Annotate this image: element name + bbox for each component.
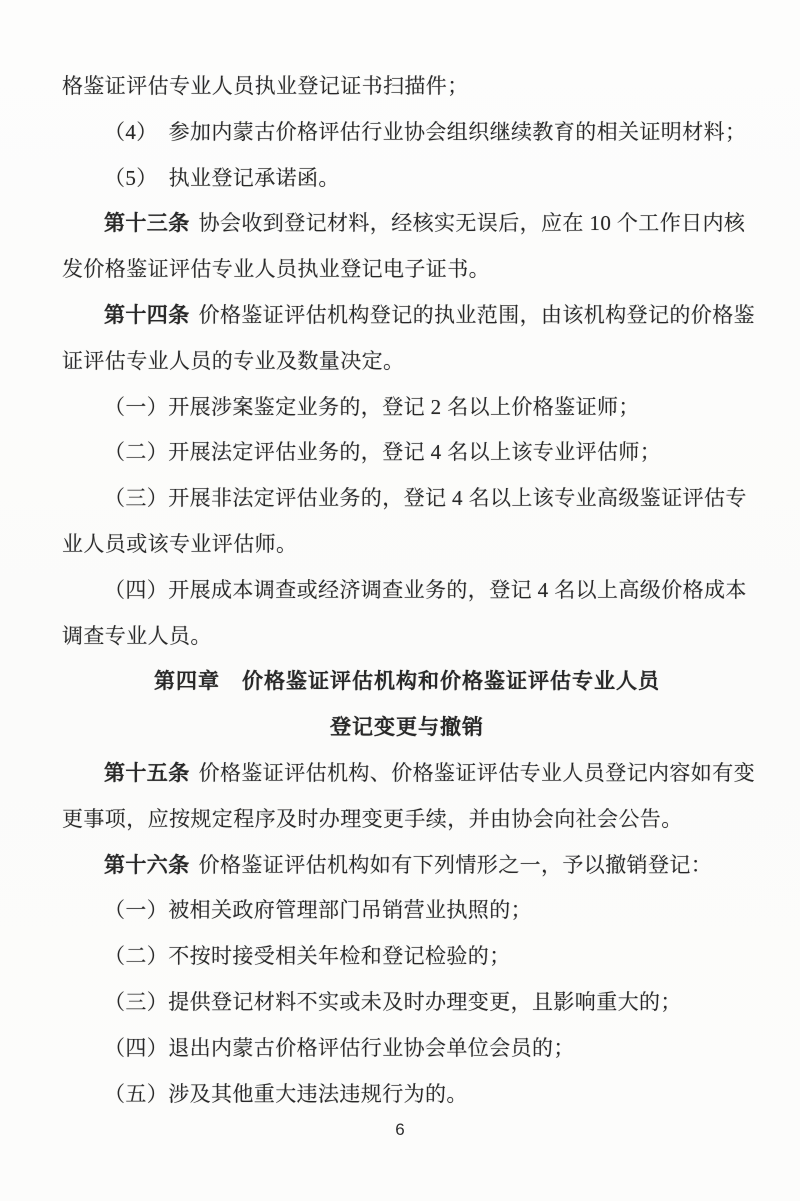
article-number: 第十五条	[104, 761, 190, 785]
list-item-line: （三）提供登记材料不实或未及时办理变更，且影响重大的；	[62, 980, 752, 1026]
list-item-line: （五）涉及其他重大违法违规行为的。	[62, 1072, 752, 1118]
text-line: 发价格鉴证评估专业人员执业登记电子证书。	[62, 247, 752, 293]
text-line: 证评估专业人员的专业及数量决定。	[62, 339, 752, 385]
article-text: 价格鉴证评估机构登记的执业范围，由该机构登记的价格鉴	[199, 303, 755, 327]
article-text: 价格鉴证评估机构、价格鉴证评估专业人员登记内容如有变	[199, 761, 755, 785]
article-heading-line: 第十五条价格鉴证评估机构、价格鉴证评估专业人员登记内容如有变	[62, 751, 752, 797]
text-line: 格鉴证评估专业人员执业登记证书扫描件；	[62, 64, 752, 110]
list-item-line: （二）开展法定评估业务的，登记 4 名以上该专业评估师；	[62, 430, 752, 476]
article-number: 第十六条	[104, 853, 190, 877]
page-number: 6	[0, 1118, 800, 1142]
article-number: 第十三条	[104, 211, 190, 235]
article-heading-line: 第十四条价格鉴证评估机构登记的执业范围，由该机构登记的价格鉴	[62, 293, 752, 339]
article-heading-line: 第十六条价格鉴证评估机构如有下列情形之一，予以撤销登记：	[62, 843, 752, 889]
list-item-line: （四）开展成本调查或经济调查业务的，登记 4 名以上高级价格成本	[62, 568, 752, 614]
list-item-line: （一）开展涉案鉴定业务的，登记 2 名以上价格鉴证师；	[62, 385, 752, 431]
list-item-line: （三）开展非法定评估业务的，登记 4 名以上该专业高级鉴证评估专	[62, 476, 752, 522]
text-line: 调查专业人员。	[62, 614, 752, 660]
article-number: 第十四条	[104, 303, 190, 327]
list-item-line: （二）不按时接受相关年检和登记检验的；	[62, 934, 752, 980]
chapter-subtitle: 登记变更与撤销	[62, 705, 752, 751]
article-text: 价格鉴证评估机构如有下列情形之一，予以撤销登记：	[199, 853, 713, 877]
chapter-title: 第四章 价格鉴证评估机构和价格鉴证评估专业人员	[62, 659, 752, 705]
list-item-line: （四）退出内蒙古价格评估行业协会单位会员的；	[62, 1026, 752, 1072]
list-item-line: （4） 参加内蒙古价格评估行业协会组织继续教育的相关证明材料；	[62, 110, 752, 156]
article-text: 协会收到登记材料，经核实无误后，应在 10 个工作日内核	[199, 211, 746, 235]
list-item-line: （一）被相关政府管理部门吊销营业执照的；	[62, 888, 752, 934]
article-heading-line: 第十三条协会收到登记材料，经核实无误后，应在 10 个工作日内核	[62, 201, 752, 247]
document-body: 格鉴证评估专业人员执业登记证书扫描件； （4） 参加内蒙古价格评估行业协会组织继…	[62, 64, 752, 1117]
list-item-line: （5） 执业登记承诺函。	[62, 156, 752, 202]
text-line: 业人员或该专业评估师。	[62, 522, 752, 568]
document-page: 格鉴证评估专业人员执业登记证书扫描件； （4） 参加内蒙古价格评估行业协会组织继…	[0, 0, 800, 1201]
text-line: 更事项，应按规定程序及时办理变更手续，并由协会向社会公告。	[62, 797, 752, 843]
